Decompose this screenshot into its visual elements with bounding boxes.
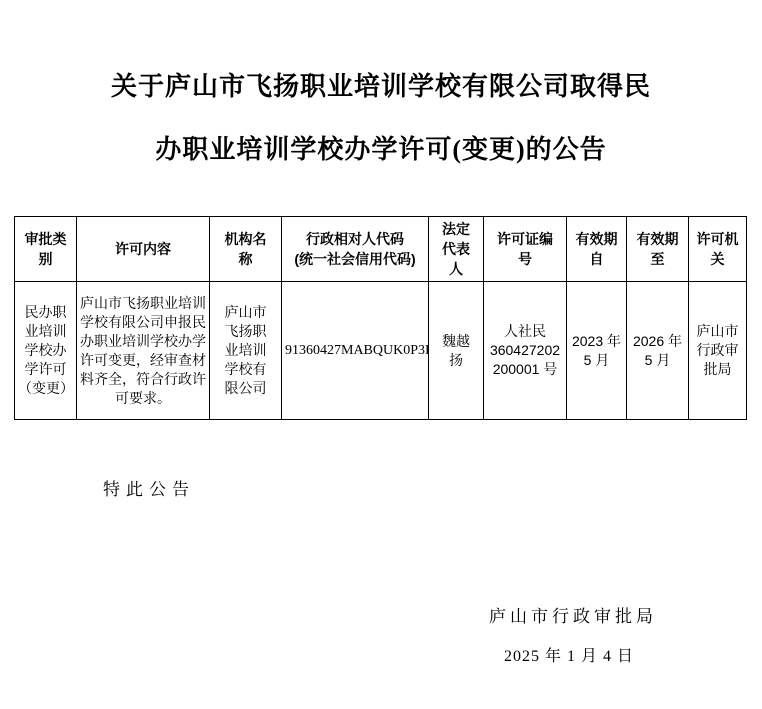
announcement-page: 关于庐山市飞扬职业培训学校有限公司取得民 办职业培训学校办学许可(变更)的公告 … <box>0 0 762 709</box>
header-institution-name: 机构名 称 <box>210 217 282 282</box>
header-valid-to: 有效期 至 <box>627 217 689 282</box>
cell-license-content: 庐山市飞扬职业培训学校有限公司申报民办职业培训学校办学许可变更，经审查材料齐全，… <box>77 282 210 420</box>
table-data-row: 民办职 业培训 学校办 学许可 （变更） 庐山市飞扬职业培训学校有限公司申报民办… <box>15 282 747 420</box>
header-license-number: 许可证编 号 <box>484 217 567 282</box>
closing-statement: 特此公告 <box>103 475 195 500</box>
header-approval-category: 审批类 别 <box>15 217 77 282</box>
page-title-line-2: 办职业培训学校办学许可(变更)的公告 <box>0 118 762 181</box>
header-valid-from: 有效期 自 <box>567 217 627 282</box>
cell-licensing-authority: 庐山市 行政审 批局 <box>689 282 747 420</box>
cell-institution-name: 庐山市 飞扬职 业培训 学校有 限公司 <box>210 282 282 420</box>
cell-approval-category: 民办职 业培训 学校办 学许可 （变更） <box>15 282 77 420</box>
cell-legal-representative: 魏越 扬 <box>429 282 484 420</box>
table-header-row: 审批类 别 许可内容 机构名 称 行政相对人代码 (统一社会信用代码) 法定 代… <box>15 217 747 282</box>
issuing-authority-signature: 庐山市行政审批局 <box>489 602 657 627</box>
cell-valid-to: 2026 年 5 月 <box>627 282 689 420</box>
license-announcement-table: 审批类 别 许可内容 机构名 称 行政相对人代码 (统一社会信用代码) 法定 代… <box>14 216 747 420</box>
header-licensing-authority: 许可机 关 <box>689 217 747 282</box>
page-title-line-1: 关于庐山市飞扬职业培训学校有限公司取得民 <box>0 55 762 118</box>
cell-valid-from: 2023 年 5 月 <box>567 282 627 420</box>
cell-credit-code: 91360427MABQUK0P3R <box>282 282 429 420</box>
header-credit-code: 行政相对人代码 (统一社会信用代码) <box>282 217 429 282</box>
cell-license-number: 人社民 360427202 200001 号 <box>484 282 567 420</box>
header-license-content: 许可内容 <box>77 217 210 282</box>
header-legal-representative: 法定 代表 人 <box>429 217 484 282</box>
page-title: 关于庐山市飞扬职业培训学校有限公司取得民 办职业培训学校办学许可(变更)的公告 <box>0 55 762 181</box>
announcement-date: 2025 年 1 月 4 日 <box>504 643 634 666</box>
